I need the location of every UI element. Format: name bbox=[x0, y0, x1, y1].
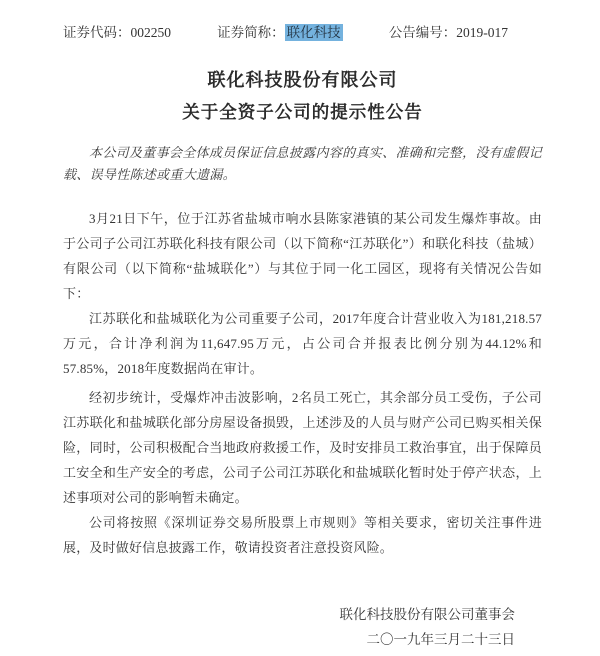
body-paragraph-impact: 经初步统计，受爆炸冲击波影响，2名员工死亡，其余部分员工受伤，子公司江苏联化和盐… bbox=[63, 385, 542, 510]
securities-header-row: 证券代码：002250 证券简称：联化科技 公告编号：2019-017 bbox=[63, 24, 542, 42]
stock-code-value: 002250 bbox=[131, 25, 172, 40]
stock-name-label: 证券简称： bbox=[217, 25, 285, 40]
document-title-company: 联化科技股份有限公司 bbox=[63, 68, 542, 92]
document-title-subject: 关于全资子公司的提示性公告 bbox=[63, 100, 542, 124]
board-declaration-paragraph: 本公司及董事会全体成员保证信息披露内容的真实、准确和完整，没有虚假记载、误导性陈… bbox=[63, 142, 542, 186]
body-paragraph-disclosure: 公司将按照《深圳证券交易所股票上市规则》等相关要求，密切关注事件进展，及时做好信… bbox=[63, 510, 542, 560]
announcement-no-value: 2019-017 bbox=[456, 25, 508, 40]
announcement-document: 证券代码：002250 证券简称：联化科技 公告编号：2019-017 联化科技… bbox=[0, 0, 600, 656]
body-paragraph-incident: 3月21日下午，位于江苏省盐城市响水县陈家港镇的某公司发生爆炸事故。由于公司子公… bbox=[63, 206, 542, 306]
body-paragraph-financials: 江苏联化和盐城联化为公司重要子公司，2017年度合计营业收入为181,218.5… bbox=[63, 306, 542, 381]
announcement-no-field: 公告编号：2019-017 bbox=[389, 24, 508, 42]
stock-name-field: 证券简称：联化科技 bbox=[217, 24, 343, 42]
signature-company: 联化科技股份有限公司董事会 bbox=[63, 602, 515, 627]
signature-block: 联化科技股份有限公司董事会 二〇一九年三月二十三日 bbox=[63, 602, 542, 652]
stock-code-label: 证券代码： bbox=[63, 25, 131, 40]
announcement-no-label: 公告编号： bbox=[389, 25, 457, 40]
stock-name-value-highlighted: 联化科技 bbox=[285, 24, 343, 41]
stock-code-field: 证券代码：002250 bbox=[63, 24, 171, 42]
signature-date: 二〇一九年三月二十三日 bbox=[63, 627, 515, 652]
